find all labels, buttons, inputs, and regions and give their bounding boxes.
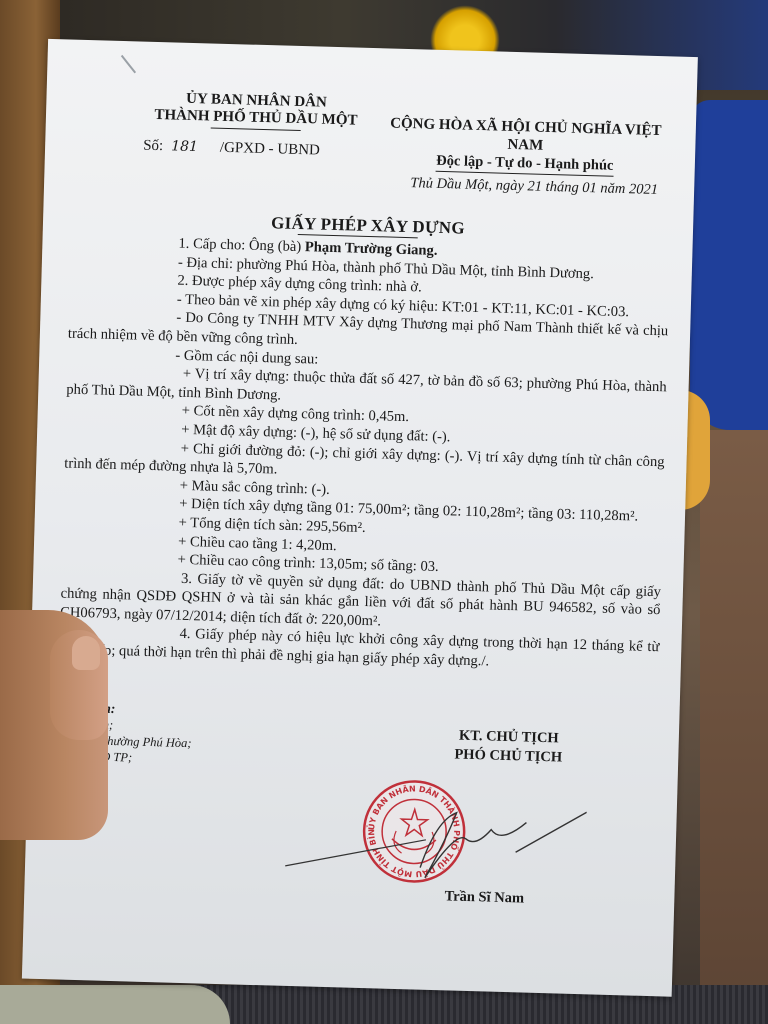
document-body: 1. Cấp cho: Ông (bà) Phạm Trường Giang. … [59, 232, 671, 676]
nation-motto: Độc lập - Tự do - Hạnh phúc [436, 152, 614, 177]
number-label: Số: [143, 138, 163, 155]
issue-date: Thủ Dầu Một, ngày 21 tháng 01 năm 2021 [384, 174, 684, 199]
issuer-underline [211, 127, 301, 131]
permit-document: ỦY BAN NHÂN DÂN THÀNH PHỐ THỦ DẦU MỘT Số… [22, 39, 698, 997]
issuer-header: ỦY BAN NHÂN DÂN THÀNH PHỐ THỦ DẦU MỘT [136, 89, 377, 133]
background-floor [700, 430, 768, 1024]
background-fabric-light [0, 985, 230, 1024]
signature-icon [285, 786, 587, 884]
background-blue-chair [690, 100, 768, 430]
document-number: Số:181/GPXD - UBND [143, 138, 320, 160]
number-suffix: /GPXD - UBND [220, 140, 320, 159]
number-handwritten: 181 [171, 138, 198, 155]
nation-name: CỘNG HÒA XÃ HỘI CHỦ NGHĨA VIỆT NAM [375, 114, 676, 158]
thumbnail [72, 636, 100, 670]
signer-name: Trần Sĩ Nam [424, 888, 544, 908]
grantee-name: Phạm Trường Giang. [305, 239, 438, 259]
staple-icon [121, 55, 136, 73]
signature-title: KT. CHỦ TỊCH PHÓ CHỦ TỊCH [408, 725, 609, 769]
nation-header: CỘNG HÒA XÃ HỘI CHỦ NGHĨA VIỆT NAM Độc l… [375, 114, 676, 178]
clause-1-prefix: 1. Cấp cho: Ông (bà) [178, 236, 305, 256]
